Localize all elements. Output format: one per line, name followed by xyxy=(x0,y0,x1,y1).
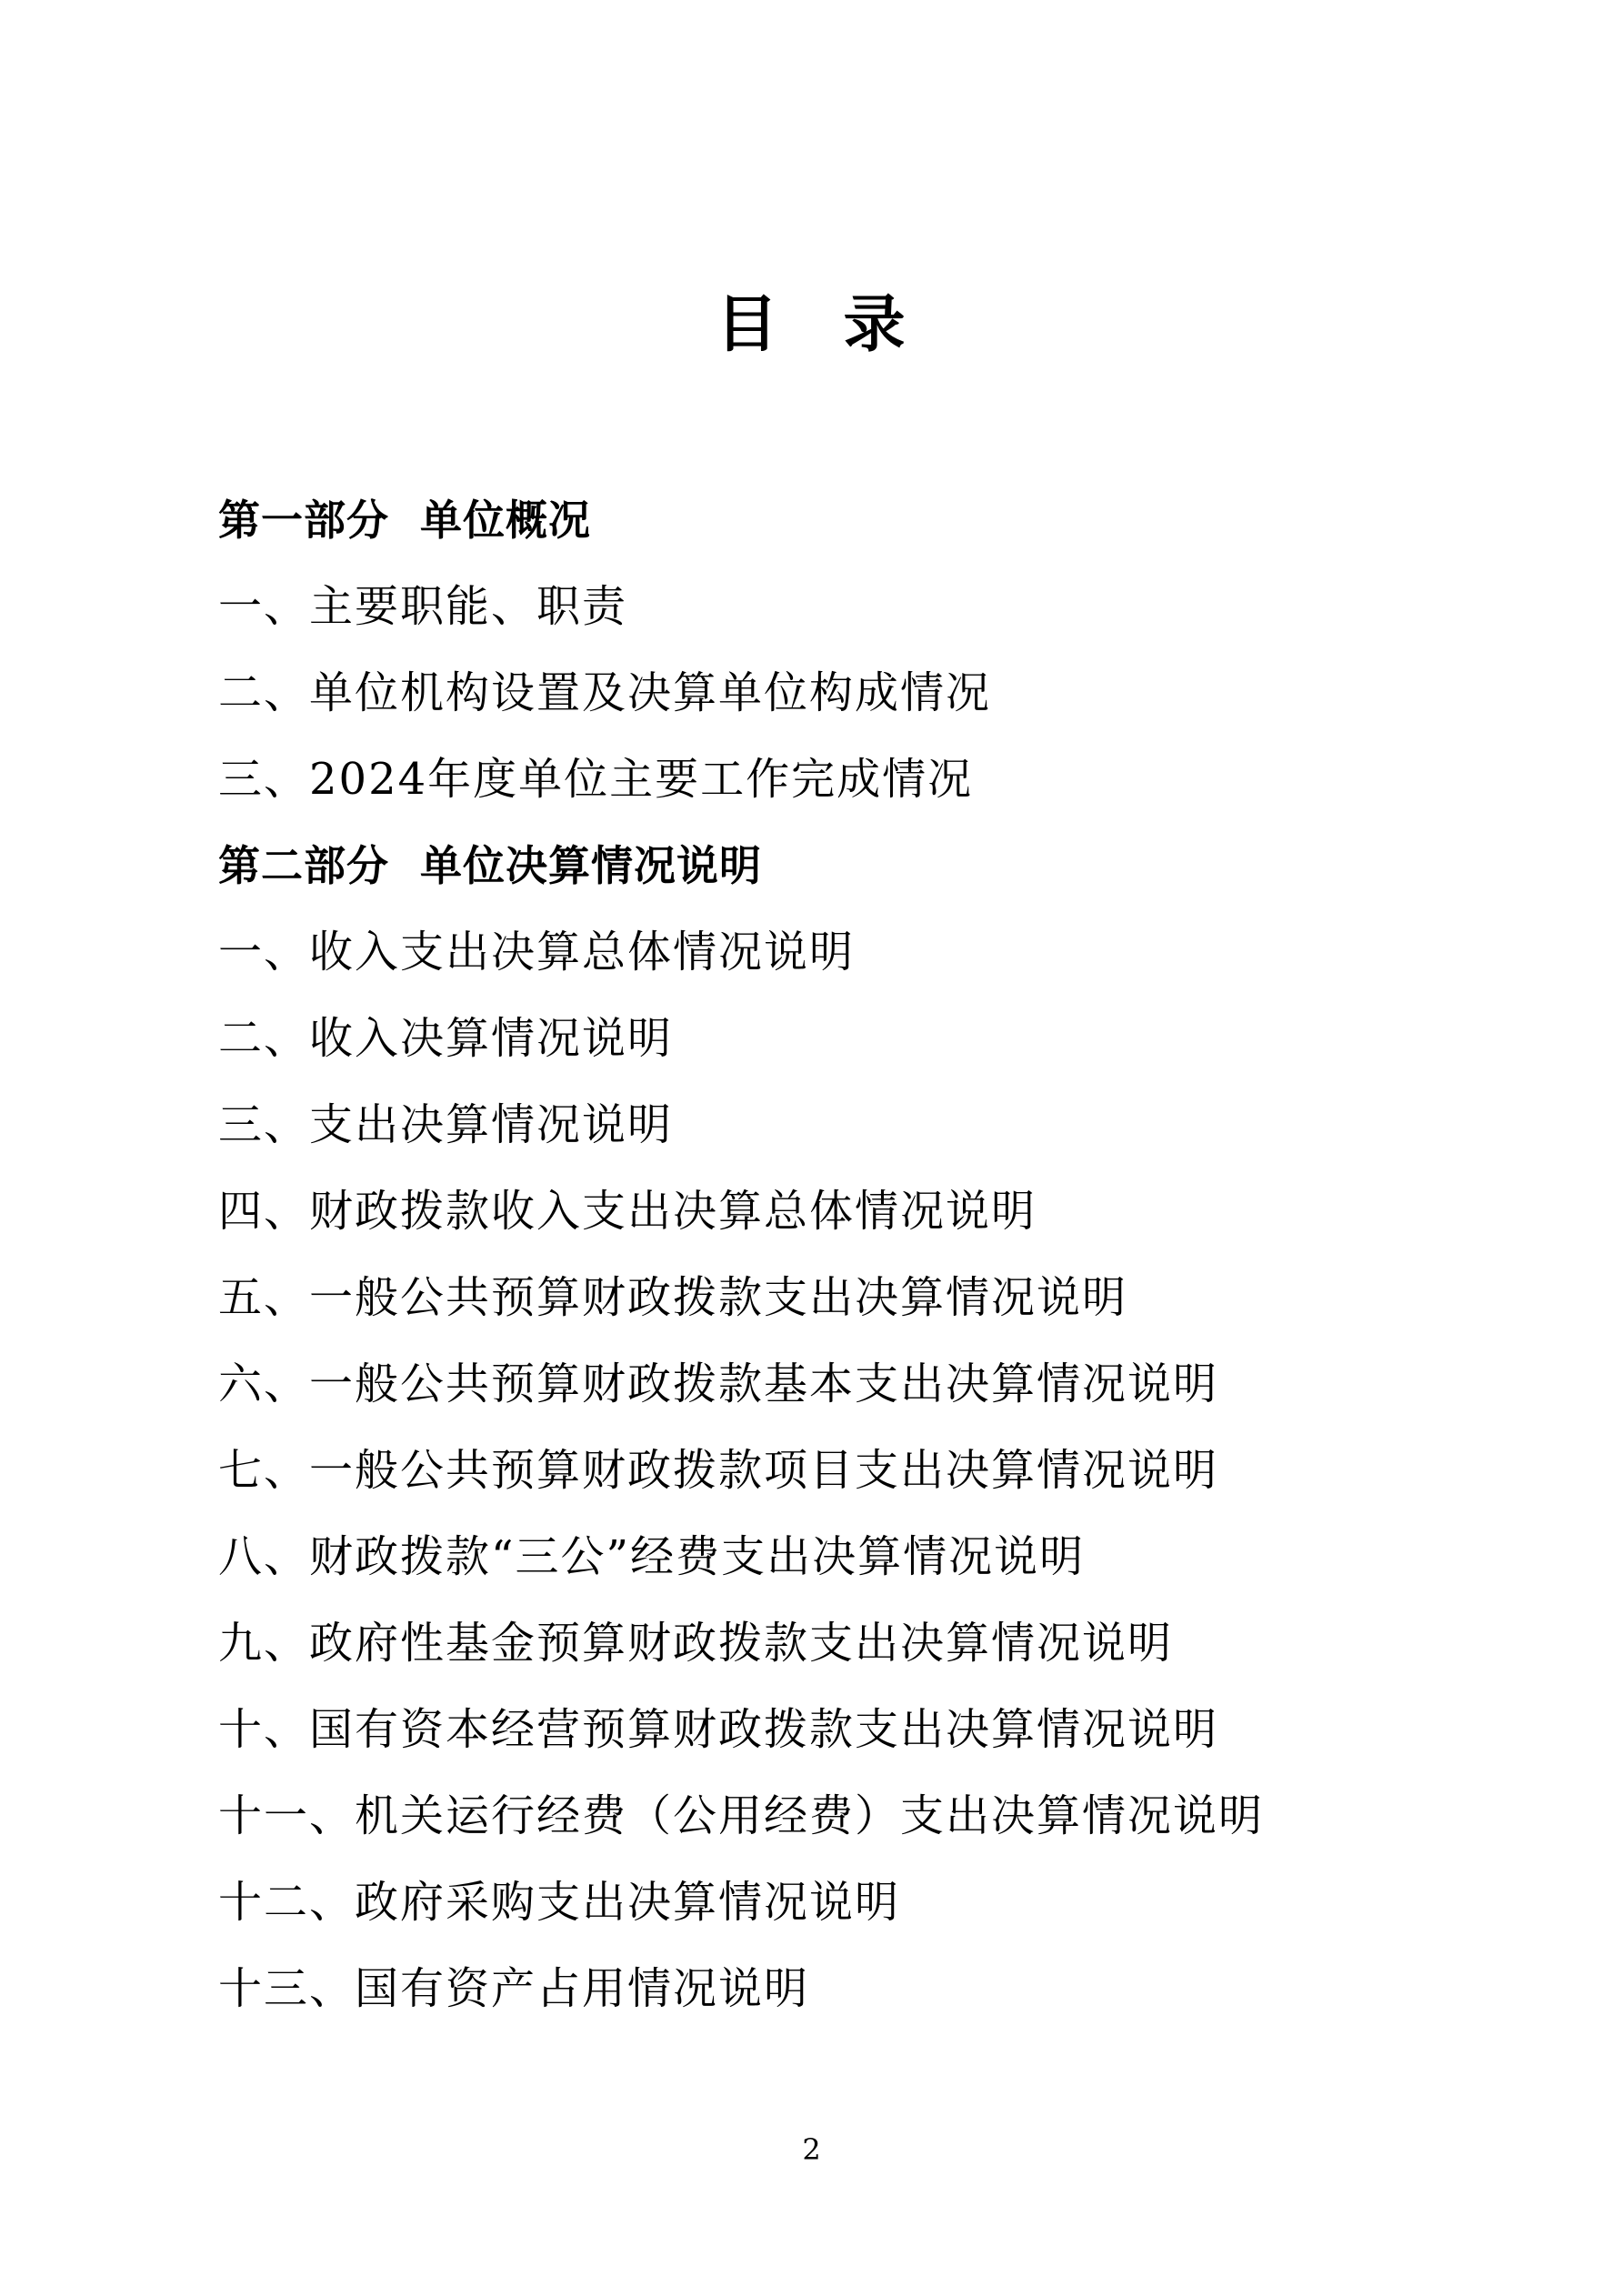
toc-item: 八、财政拨款“三公”经费支出决算情况说明 xyxy=(218,1514,1514,1600)
page-title: 目 录 xyxy=(0,293,1623,357)
toc-item: 十一、机关运行经费（公用经费）支出决算情况说明 xyxy=(218,1773,1514,1860)
page-number: 2 xyxy=(0,2135,1623,2164)
toc-item: 十三、国有资产占用情况说明 xyxy=(218,1946,1514,2032)
toc-section-heading-1: 第一部分 单位概况 xyxy=(218,477,1514,564)
document-page: { "document": { "title": "目 录", "page_nu… xyxy=(0,0,1623,2296)
toc-item: 二、收入决算情况说明 xyxy=(218,996,1514,1082)
toc-item: 一、收入支出决算总体情况说明 xyxy=(218,909,1514,996)
toc-item: 四、财政拨款收入支出决算总体情况说明 xyxy=(218,1168,1514,1255)
toc-item: 一、主要职能、职责 xyxy=(218,564,1514,650)
toc-item: 九、政府性基金预算财政拨款支出决算情况说明 xyxy=(218,1600,1514,1687)
toc-item: 十、国有资本经营预算财政拨款支出决算情况说明 xyxy=(218,1687,1514,1773)
toc-item: 五、一般公共预算财政拨款支出决算情况说明 xyxy=(218,1255,1514,1341)
toc-item: 三、2024年度单位主要工作完成情况 xyxy=(218,737,1514,823)
toc-item: 二、单位机构设置及决算单位构成情况 xyxy=(218,650,1514,737)
table-of-contents: 第一部分 单位概况一、主要职能、职责二、单位机构设置及决算单位构成情况三、202… xyxy=(218,477,1514,2032)
toc-item: 十二、政府采购支出决算情况说明 xyxy=(218,1860,1514,1946)
toc-item: 六、一般公共预算财政拨款基本支出决算情况说明 xyxy=(218,1341,1514,1428)
toc-section-heading-2: 第二部分 单位决算情况说明 xyxy=(218,823,1514,909)
toc-item: 七、一般公共预算财政拨款项目支出决算情况说明 xyxy=(218,1428,1514,1514)
toc-item: 三、支出决算情况说明 xyxy=(218,1082,1514,1168)
